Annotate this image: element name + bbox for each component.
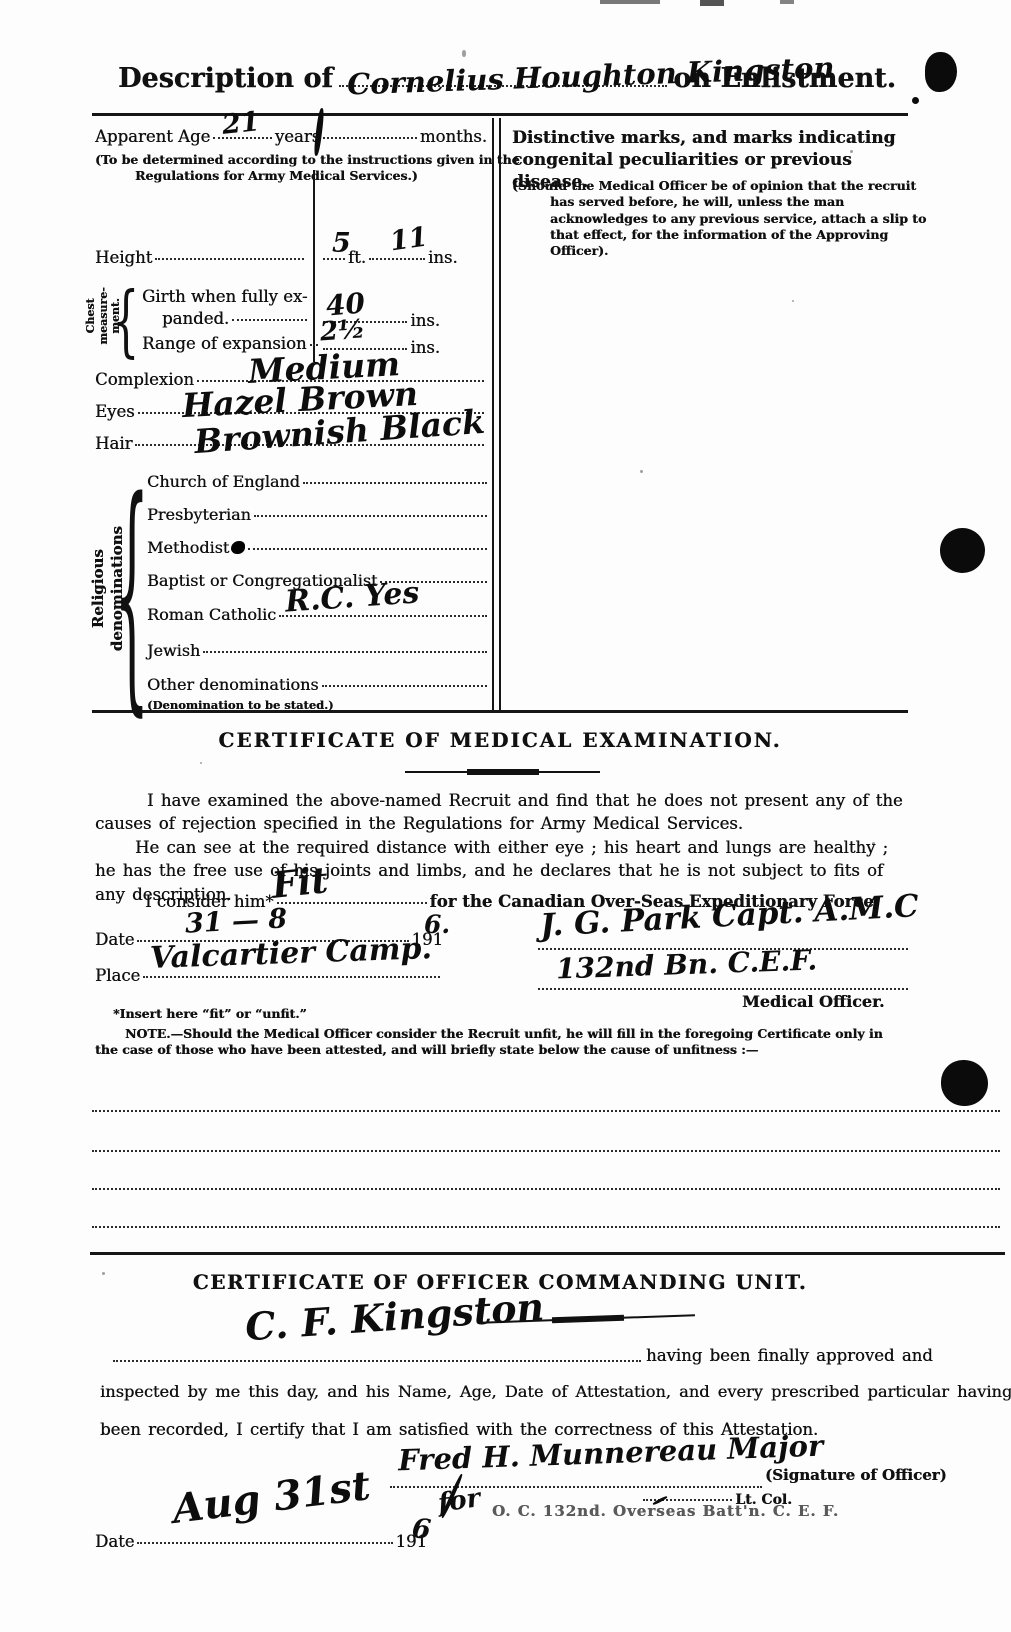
religious-brace: { xyxy=(118,473,146,711)
signature-of-officer-label: (Signature of Officer) xyxy=(765,1466,947,1484)
scan-speck xyxy=(792,300,794,302)
punch-hole xyxy=(940,528,985,573)
blank-write-in-line xyxy=(92,1226,1000,1228)
girth-label-line1: Girth when fully ex- xyxy=(142,287,312,306)
years-label: years xyxy=(275,127,320,146)
girth-label-line2-row: panded. xyxy=(162,309,310,328)
denominations-list: Church of England Presbyterian Methodist… xyxy=(147,472,490,722)
scan-artifact xyxy=(780,0,794,4)
chest-brace: { xyxy=(112,283,140,359)
ins-label: ins. xyxy=(410,338,440,357)
attestation-year-handwritten: 6 xyxy=(410,1513,432,1546)
place-label: Place xyxy=(95,966,140,985)
title-prefix: Description of xyxy=(118,63,333,94)
mo-unit-line xyxy=(538,988,908,990)
date-label: Date xyxy=(95,1532,134,1551)
denomination-row: Other denominations xyxy=(147,675,490,694)
denomination-label: Church of England xyxy=(147,472,300,491)
section-top-rule xyxy=(92,113,908,116)
date-label: Date xyxy=(95,930,134,949)
denomination-row: Church of England xyxy=(147,472,490,491)
recruit-signature-line xyxy=(113,1360,641,1362)
dotted-leader xyxy=(155,258,304,260)
height-in-handwritten: 11 xyxy=(388,222,430,258)
apparent-age-label: Apparent Age xyxy=(95,127,210,146)
approved-text-1: having been finally approved and xyxy=(646,1344,933,1367)
dotted-leader xyxy=(322,685,487,687)
apparent-age-row: Apparent Age years months. xyxy=(95,127,487,146)
dotted-leader xyxy=(303,482,487,484)
range-value-handwritten: 2½ xyxy=(319,314,366,347)
punch-hole xyxy=(912,97,919,104)
scan-artifact xyxy=(700,0,724,6)
consider-value-handwritten: Fit xyxy=(270,859,330,907)
medical-officer-title: Medical Officer. xyxy=(742,992,885,1011)
column-divider xyxy=(492,118,501,712)
eyes-label: Eyes xyxy=(95,402,135,421)
height-row: Height xyxy=(95,248,307,267)
approved-text-2: inspected by me this day, and his Name, … xyxy=(100,1382,1011,1401)
medical-date-value-handwritten: 31 — 8 xyxy=(184,903,288,939)
commanding-section-rule xyxy=(90,1252,1005,1255)
blank-write-in-line xyxy=(92,1150,1000,1152)
denomination-label: Other denominations xyxy=(147,675,319,694)
dotted-leader xyxy=(310,344,318,346)
scan-speck xyxy=(200,762,202,764)
ink-blot xyxy=(231,541,245,554)
height-label: Height xyxy=(95,248,152,267)
denomination-row: Presbyterian xyxy=(147,505,490,524)
medical-paragraph-1: I have examined the above-named Recruit … xyxy=(95,789,909,836)
height-ft-handwritten: 5 xyxy=(332,228,351,259)
dotted-leader xyxy=(323,137,417,139)
attestation-date-row: Date 191 xyxy=(95,1532,427,1551)
apparent-age-note: (To be determined according to the instr… xyxy=(95,152,533,185)
dotted-leader xyxy=(137,1542,392,1544)
dotted-leader xyxy=(254,515,487,517)
girth-label-line2: panded. xyxy=(162,309,229,328)
punch-hole xyxy=(941,1060,988,1106)
enlistment-form-page: Description of Cornelius Houghton Kingst… xyxy=(0,0,1011,1632)
denomination-label: Presbyterian xyxy=(147,505,251,524)
insert-fit-note: *Insert here “fit” or “unfit.” xyxy=(113,1006,307,1021)
denomination-label: Jewish xyxy=(147,641,200,660)
denomination-row: Jewish xyxy=(147,641,490,660)
overseas-battalion-unit-line: O. C. 132nd. Overseas Batt'n. C. E. F. xyxy=(492,1502,839,1520)
apparent-age-value-handwritten: 21 xyxy=(220,106,261,141)
punch-hole xyxy=(925,52,957,92)
months-label: months. xyxy=(420,127,487,146)
scan-speck xyxy=(640,470,643,473)
blank-write-in-line xyxy=(92,1188,1000,1190)
denomination-note: (Denomination to be stated.) xyxy=(147,698,334,712)
heading-ornament-rule xyxy=(405,771,600,773)
recruit-name-field: Cornelius Houghton Kingston xyxy=(339,55,667,87)
page-title: Description of Cornelius Houghton Kingst… xyxy=(118,55,896,94)
denomination-row: Methodist xyxy=(147,538,490,557)
value-column-divider xyxy=(313,170,315,362)
scan-artifact xyxy=(600,0,660,4)
dotted-leader xyxy=(248,548,487,550)
unfitness-note: NOTE.—Should the Medical Officer conside… xyxy=(95,1026,909,1059)
denomination-label: Roman Catholic xyxy=(147,605,276,624)
distinctive-marks-note: (Should the Medical Officer be of opinio… xyxy=(512,178,942,259)
ins-label: ins. xyxy=(410,311,440,330)
blank-write-in-line xyxy=(92,1110,1000,1112)
denomination-label: Methodist xyxy=(147,538,229,557)
dotted-leader xyxy=(232,319,307,321)
ins-label: ins. xyxy=(428,248,458,267)
dotted-leader xyxy=(203,651,487,653)
complexion-label: Complexion xyxy=(95,370,194,389)
dotted-leader xyxy=(143,976,440,978)
attestation-date-value-handwritten: Aug 31st xyxy=(170,1462,373,1533)
dotted-leader xyxy=(369,258,425,260)
medical-certificate-heading: CERTIFICATE OF MEDICAL EXAMINATION. xyxy=(95,728,905,752)
